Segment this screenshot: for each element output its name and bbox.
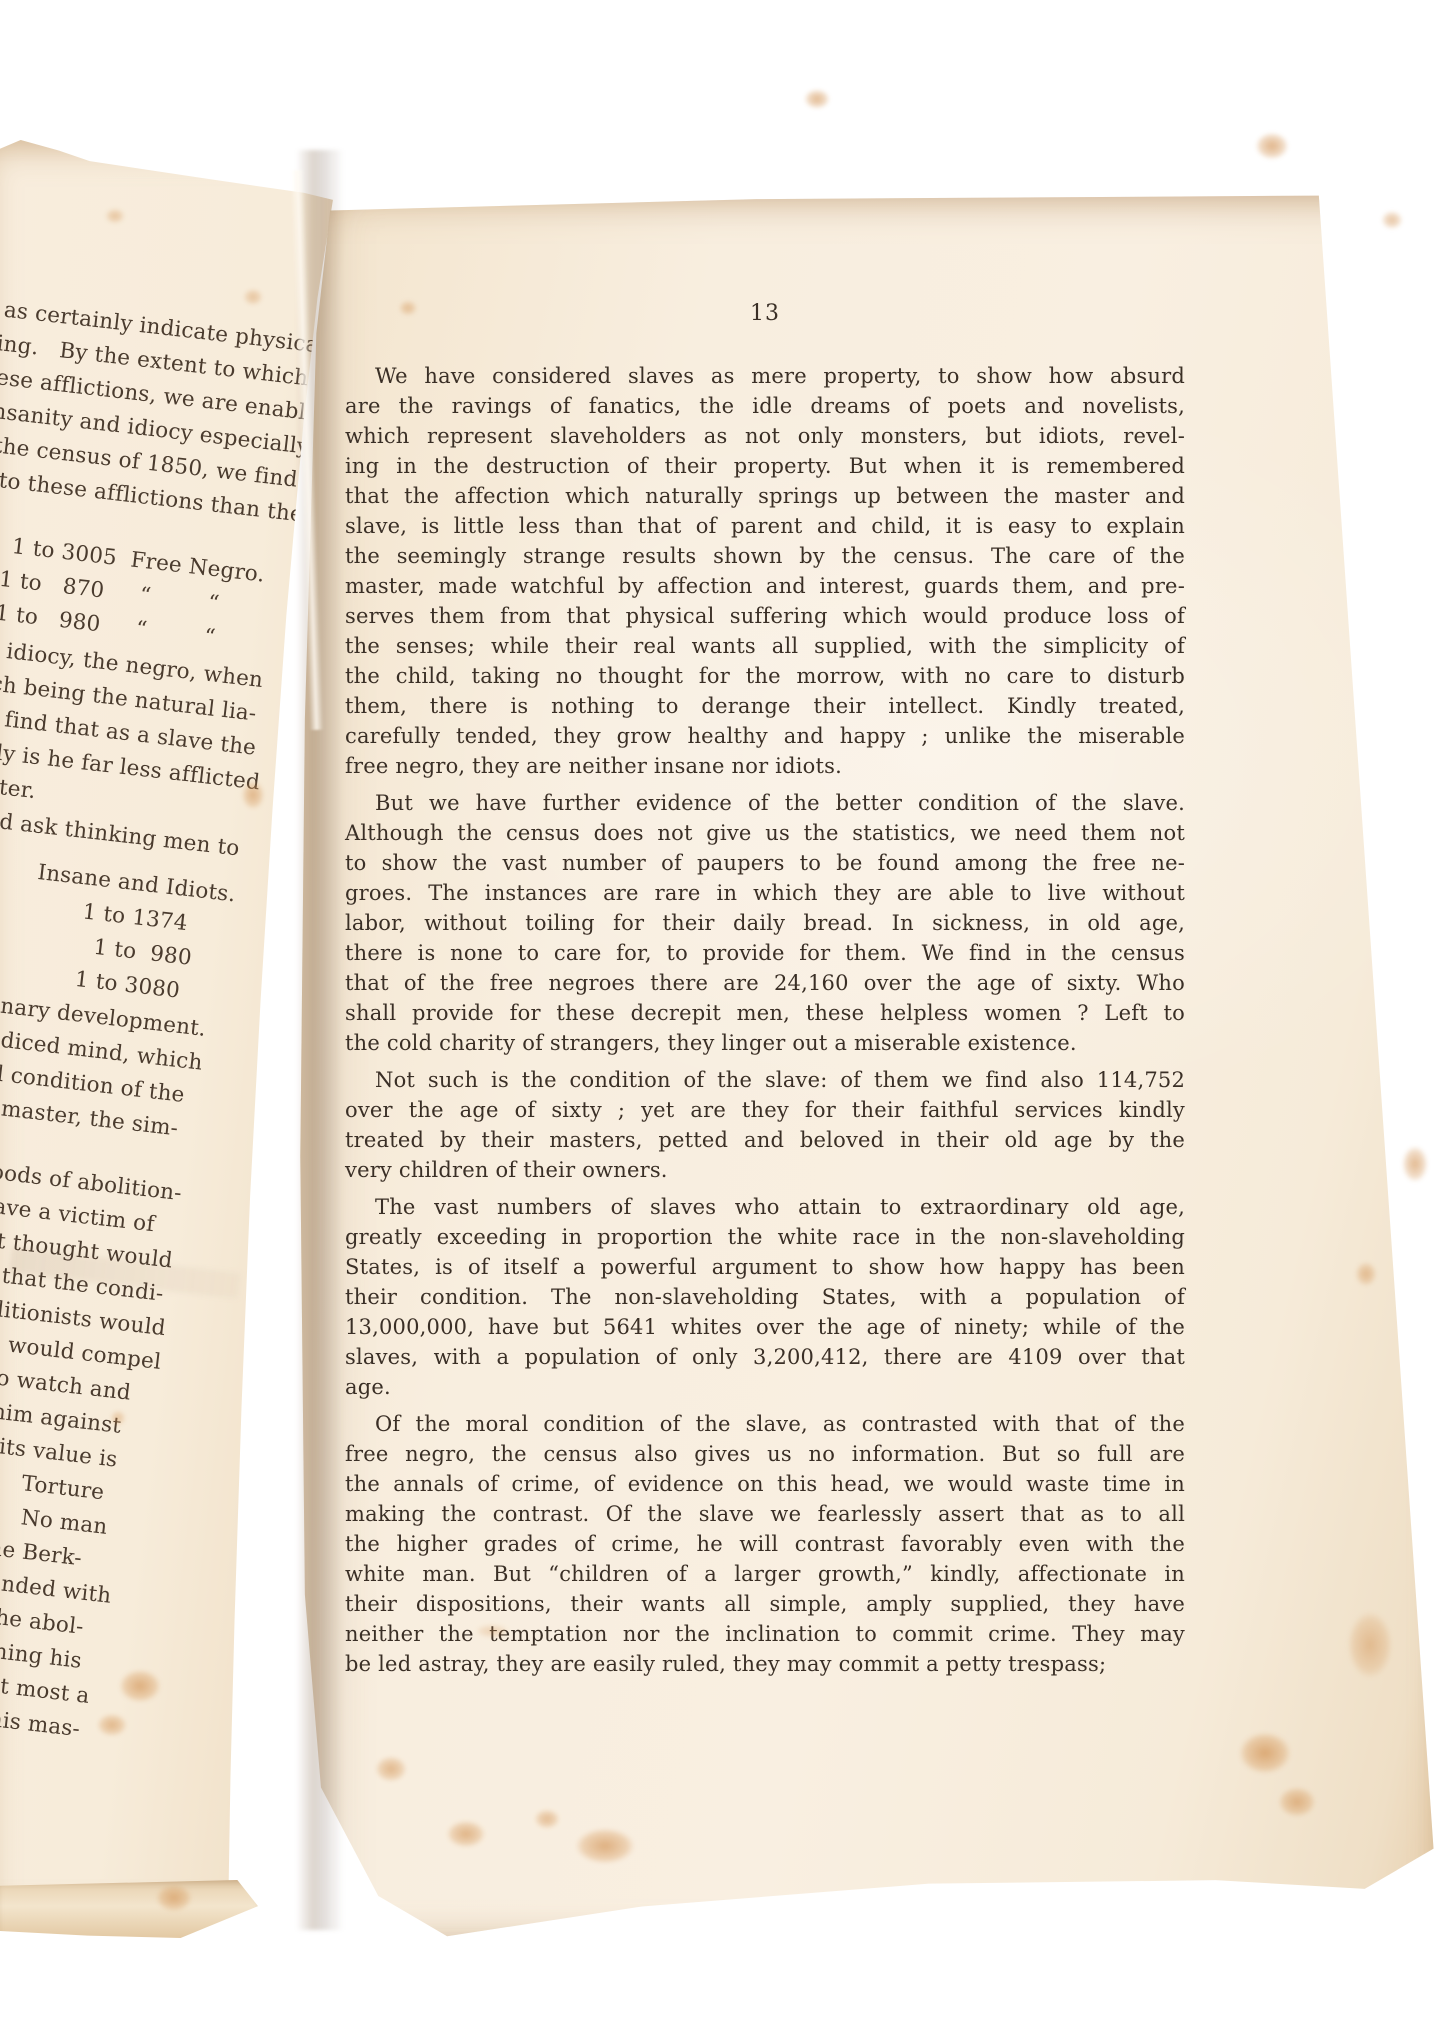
text-line: are the ravings of fanatics, the idle dr… [345, 391, 1185, 421]
text-line: very children of their owners. [345, 1155, 1185, 1185]
text-line: the senses; while their real wants all s… [345, 631, 1185, 661]
text-block-fragment: , as certainly indicate physical,ring. B… [0, 292, 345, 543]
text-line: Not such is the condition of the slave: … [345, 1065, 1185, 1095]
text-line: free negro, the census also gives us no … [345, 1439, 1185, 1469]
text-line: the annals of crime, of evidence on this… [345, 1469, 1185, 1499]
text-line: shall provide for these decrepit men, th… [345, 998, 1185, 1028]
paragraph: But we have further evidence of the bett… [345, 788, 1185, 1058]
paragraph: Of the moral condition of the slave, as … [345, 1409, 1185, 1679]
text-line: to show the vast number of paupers to be… [345, 848, 1185, 878]
text-line: master, made watchful by affection and i… [345, 571, 1185, 601]
text-line: The vast numbers of slaves who attain to… [345, 1192, 1185, 1222]
text-line: neither the temptation nor the inclinati… [345, 1619, 1185, 1649]
left-page: , as certainly indicate physical,ring. B… [0, 140, 345, 1900]
text-line: labor, without toiling for their daily b… [345, 908, 1185, 938]
text-line: Of the moral condition of the slave, as … [345, 1409, 1185, 1439]
right-page-text: We have considered slaves as mere proper… [345, 361, 1185, 1679]
text-line: that of the free negroes there are 24,16… [345, 968, 1185, 998]
text-line: free negro, they are neither insane nor … [345, 751, 1185, 781]
text-block-fragment: and idiocy, the negro, when Such being t… [0, 629, 345, 880]
text-line: slave, is little less than that of paren… [345, 511, 1185, 541]
foxing-spot [1398, 1140, 1432, 1188]
foxing-spot [1378, 208, 1406, 232]
text-line: the higher grades of crime, he will cont… [345, 1529, 1185, 1559]
paragraph: Not such is the condition of the slave: … [345, 1065, 1185, 1185]
foxing-spot [1250, 128, 1294, 164]
text-line: States, is of itself a powerful argument… [345, 1252, 1185, 1282]
left-page-text: , as certainly indicate physical,ring. B… [0, 292, 345, 1767]
paragraph: We have considered slaves as mere proper… [345, 361, 1185, 781]
text-line: their dispositions, their wants all simp… [345, 1589, 1185, 1619]
text-line: 13,000,000, have but 5641 whites over th… [345, 1312, 1185, 1342]
text-line: which represent slaveholders as not only… [345, 421, 1185, 451]
text-line: carefully tended, they grow healthy and … [345, 721, 1185, 751]
text-line: We have considered slaves as mere proper… [345, 361, 1185, 391]
page-number: 13 [345, 301, 1185, 326]
text-line: white man. But “children of a larger gro… [345, 1559, 1185, 1589]
text-line: there is none to care for, to provide fo… [345, 938, 1185, 968]
text-line: that the affection which naturally sprin… [345, 481, 1185, 511]
foxing-spot [800, 86, 834, 112]
text-line: But we have further evidence of the bett… [345, 788, 1185, 818]
text-line: groes. The instances are rare in which t… [345, 878, 1185, 908]
paragraph: The vast numbers of slaves who attain to… [345, 1192, 1185, 1402]
text-line: over the age of sixty ; yet are they for… [345, 1095, 1185, 1125]
text-line: the cold charity of strangers, they ling… [345, 1028, 1185, 1058]
text-line: them, there is nothing to derange their … [345, 691, 1185, 721]
right-page: 13 We have considered slaves as mere pro… [298, 193, 1445, 1945]
text-line: greatly exceeding in proportion the whit… [345, 1222, 1185, 1252]
text-line: age. [345, 1372, 1185, 1402]
text-line: ing in the destruction of their property… [345, 451, 1185, 481]
text-line: the child, taking no thought for the mor… [345, 661, 1185, 691]
book-photo: , as certainly indicate physical,ring. B… [0, 0, 1445, 2023]
text-line: the seemingly strange results shown by t… [345, 541, 1185, 571]
text-line: be led astray, they are easily ruled, th… [345, 1649, 1185, 1679]
text-block-fragment: sh falsehoods of abolition-ter, the slav… [0, 1144, 322, 1767]
text-line: Although the census does not give us the… [345, 818, 1185, 848]
text-line: slaves, with a population of only 3,200,… [345, 1342, 1185, 1372]
page-under-edge [0, 1880, 258, 1938]
text-line: treated by their masters, petted and bel… [345, 1125, 1185, 1155]
text-line: making the contrast. Of the slave we fea… [345, 1499, 1185, 1529]
text-line: their condition. The non-slaveholding St… [345, 1282, 1185, 1312]
text-line: serves them from that physical suffering… [345, 601, 1185, 631]
